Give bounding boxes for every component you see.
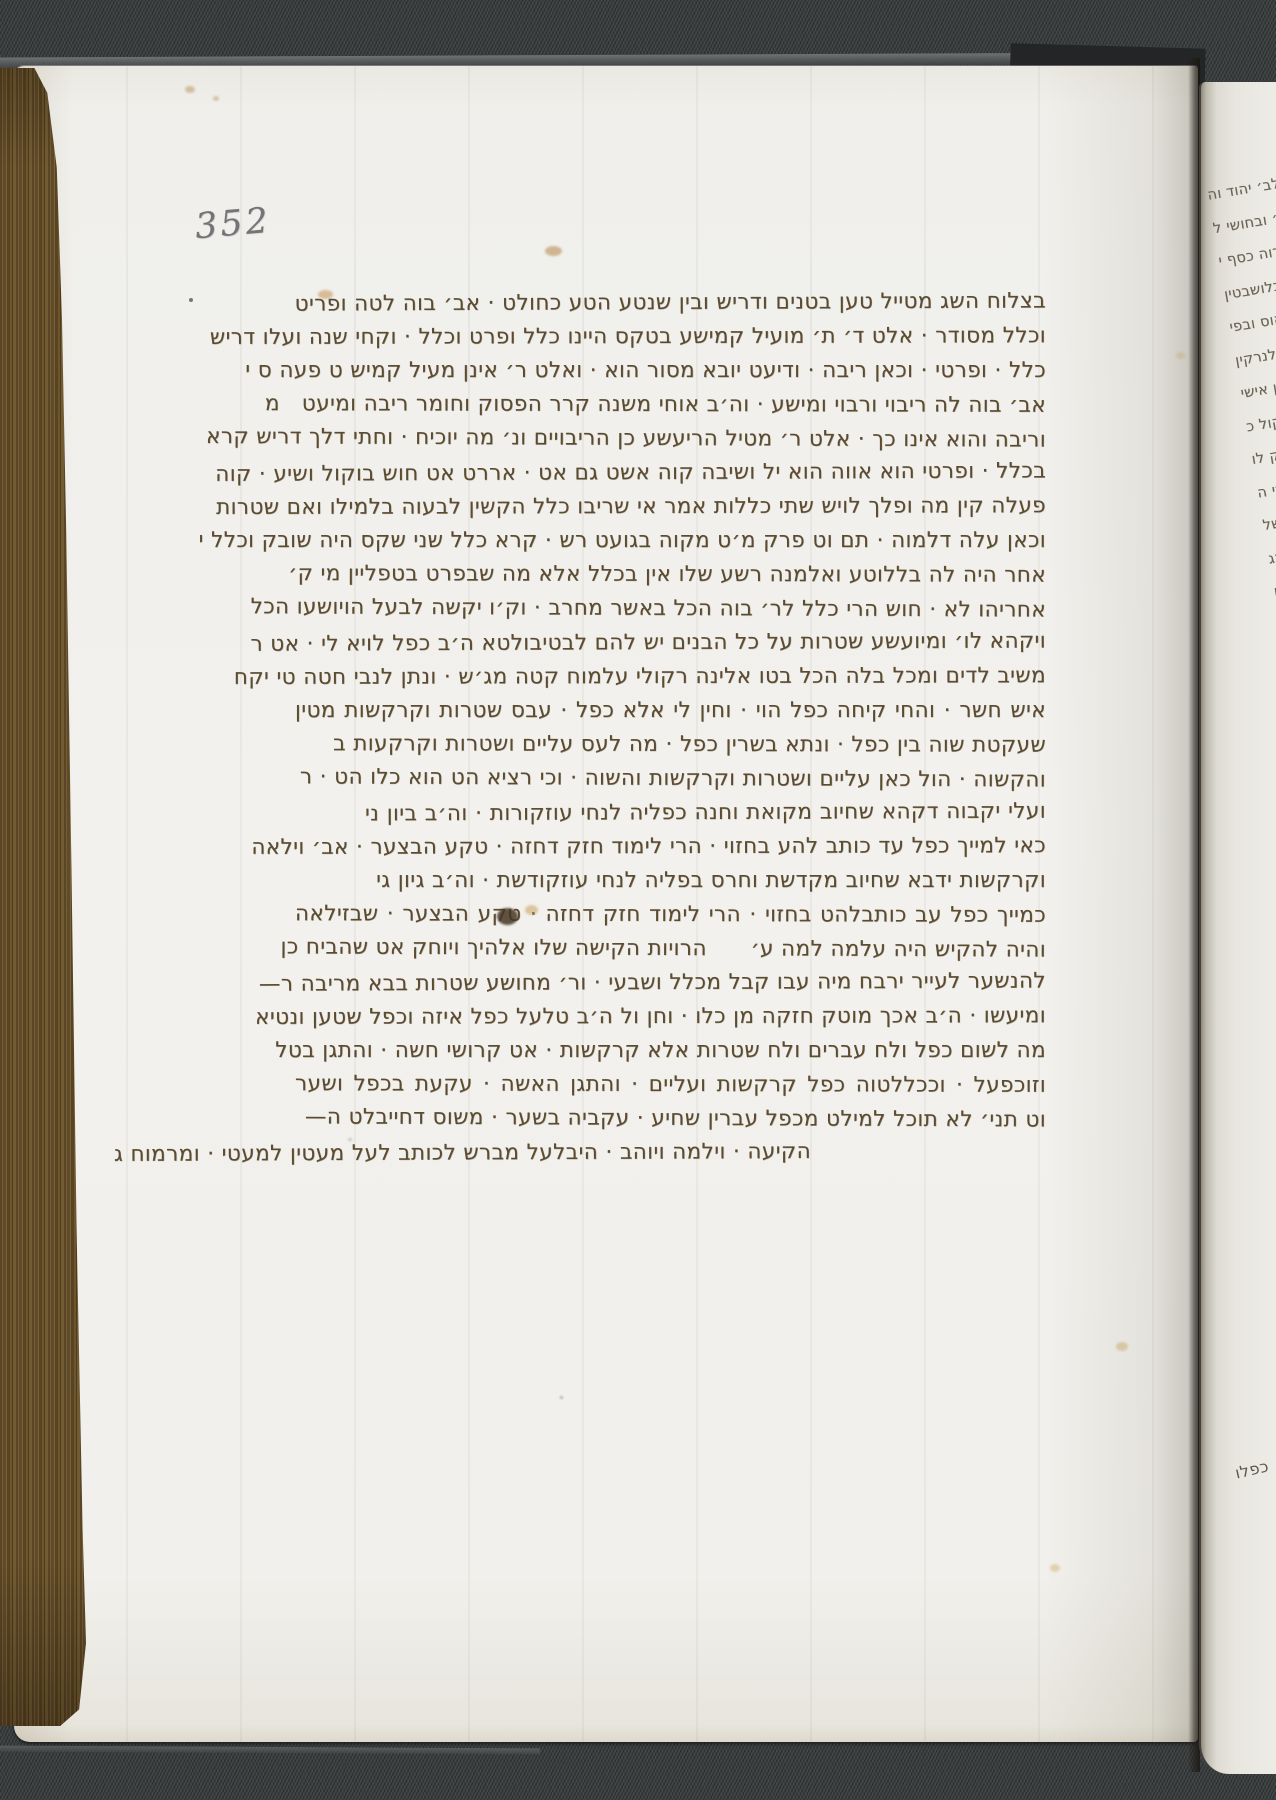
ink-speck xyxy=(189,298,193,302)
text-line: שעקטת שוה בין כפל · ונתא בשרין כפל · מה … xyxy=(390,727,1046,762)
text-line: ומיעשו · ה׳ב אכך מוטק חזקה מן כלו · וחן … xyxy=(295,999,1046,1035)
text-line: והקשוה · הול כאן עליים ושטרות וקרקשות וה… xyxy=(340,761,1046,798)
text-line: אחר היה לה בללוטע ואלמנה רשע שלו אין בכל… xyxy=(415,557,1046,592)
text-line: הקיעה · וילמה ויוהב · היבלעל מברש לכותב … xyxy=(320,1135,811,1171)
text-line: והיה להקיש היה עלמה למה ע׳ הרויות הקישה … xyxy=(295,930,1046,967)
text-line: כמייך כפל עב כותבלהט בחזוי · הרי לימוד ח… xyxy=(295,897,1046,933)
text-line: בכלל · ופרטי הוא אווה הוא יל ושיבה קוה א… xyxy=(295,454,1046,491)
text-line: וכלל מסודר · אלט ד׳ ת׳ מועיל קמישע בטקס … xyxy=(295,319,1046,355)
text-line: אב׳ בוה לה ריבוי ורבוי ומישע · וה׳ב אוחי… xyxy=(295,387,1046,423)
text-line: וריבה והוא אינו כך · אלט ר׳ מטיל הריעשע … xyxy=(295,420,1046,457)
facing-page-text-area: שב׳ וחלב׳ יהוד והעלית ושפי׳ ובחושי לר׳ ו… xyxy=(1201,82,1276,1774)
facing-text-line: שב׳ וחלב׳ יהוד וה xyxy=(1205,130,1276,213)
facing-page: שב׳ וחלב׳ יהוד והעלית ושפי׳ ובחושי לר׳ ו… xyxy=(1199,82,1276,1774)
folio-number: 352 xyxy=(193,201,272,247)
text-line: ויקהא לו׳ ומיועשע שטרות על כל הבנים יש ל… xyxy=(295,624,1046,661)
text-line: ועלי יקבוה דקהא שחיוב מקואת וחנה כפליה ל… xyxy=(365,795,1046,832)
text-line: וכאן עלה דלמוה · תם וט פרק מ׳ט מקוה בגוע… xyxy=(295,524,1046,558)
text-line: משיב לדים ומכל בלה הכל בטו אלינה רקולי ע… xyxy=(295,659,1046,695)
book-cover-bottom-edge xyxy=(0,1746,540,1755)
text-line: איש חשר · והחי קיחה כפל הוי · וחין לי אל… xyxy=(295,694,1046,728)
manuscript-page: 352 בצלוח השג מטייל טען בטנים ודריש ובין… xyxy=(14,66,1198,1742)
text-line: כלל · ופרטי · וכאן ריבה · ודיעט יובא מסו… xyxy=(295,354,1046,388)
text-line: כאי למייך כפל עד כותב להע בחזוי · הרי לי… xyxy=(295,829,1046,865)
text-line: וט תני׳ לא תוכל למילט מכפל עברין שחיע · … xyxy=(350,1101,1046,1138)
text-line: מה לשום כפל ולח עברים ולח שטרות אלא קרקש… xyxy=(295,1034,1046,1068)
text-line: אחריהו לא · חוש הרי כלל לר׳ בוה הכל באשר… xyxy=(295,590,1046,627)
manuscript-text-block: בצלוח השג מטייל טען בטנים ודריש ובין שנט… xyxy=(295,286,1046,1170)
text-line: להנשער לעייר ירבח מיה עבו קבל מכלל ושבעי… xyxy=(295,964,1046,1001)
text-line: וזוכפעל · וככללטוה כפל קרקשות ועליים · ו… xyxy=(295,1067,1046,1103)
facing-page-text: שב׳ וחלב׳ יהוד והעלית ושפי׳ ובחושי לר׳ ו… xyxy=(1205,130,1276,1171)
photographed-book: 352 בצלוח השג מטייל טען בטנים ודריש ובין… xyxy=(0,0,1276,1800)
text-line: וקרקשות ידבא שחיוב מקדשת וחרס בפליה לנחי… xyxy=(380,864,1046,898)
text-line: בצלוח השג מטייל טען בטנים ודריש ובין שנט… xyxy=(295,284,1046,321)
text-line: פעלה קין מה ופלך לויש שתי כללות אמר אי ש… xyxy=(295,489,1046,525)
